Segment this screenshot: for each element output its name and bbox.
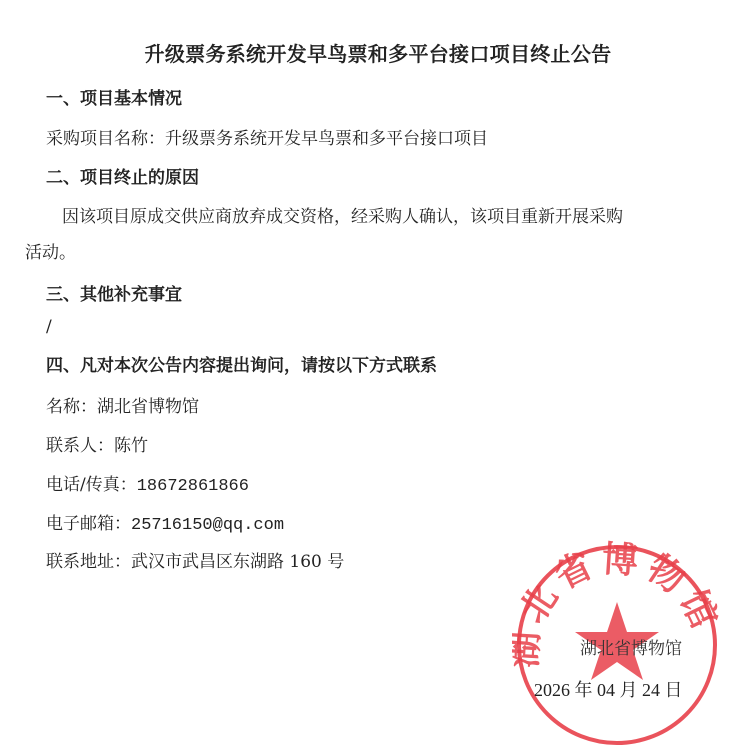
supplementary-matters: / [46,317,52,337]
contact-phone: 电话/传真：18672861866 [46,470,249,496]
contact-person-value: 陈竹 [114,436,148,456]
contact-name-value: 湖北省博物馆 [97,397,199,417]
termination-reason-line-2: 活动。 [25,238,76,263]
signer-organization: 湖北省博物馆 [580,634,682,659]
section-1-heading: 一、项目基本情况 [46,84,182,109]
contact-address-value: 武汉市武昌区东湖路 160 号 [131,552,344,572]
contact-name: 名称：湖北省博物馆 [46,392,199,417]
contact-person-label: 联系人： [46,436,114,456]
contact-phone-value: 18672861866 [137,477,249,496]
contact-person: 联系人：陈竹 [46,431,148,456]
contact-address: 联系地址：武汉市武昌区东湖路 160 号 [46,547,344,572]
contact-email: 电子邮箱：25716150@qq.com [46,509,284,535]
section-4-heading: 四、凡对本次公告内容提出询问，请按以下方式联系 [46,351,437,376]
contact-name-label: 名称： [46,397,97,417]
contact-email-label: 电子邮箱： [46,514,131,534]
section-3-heading: 三、其他补充事宜 [46,280,182,305]
contact-email-value: 25716150@qq.com [131,516,284,535]
section-2-heading: 二、项目终止的原因 [46,163,199,188]
signature-date: 2026 年 04 月 24 日 [534,676,683,702]
termination-reason-line-1: 因该项目原成交供应商放弃成交资格，经采购人确认，该项目重新开展采购 [62,202,623,227]
document-title: 升级票务系统开发早鸟票和多平台接口项目终止公告 [0,38,756,67]
contact-address-label: 联系地址： [46,552,131,572]
project-name-line: 采购项目名称：升级票务系统开发早鸟票和多平台接口项目 [46,124,488,149]
contact-phone-label: 电话/传真： [46,475,137,495]
